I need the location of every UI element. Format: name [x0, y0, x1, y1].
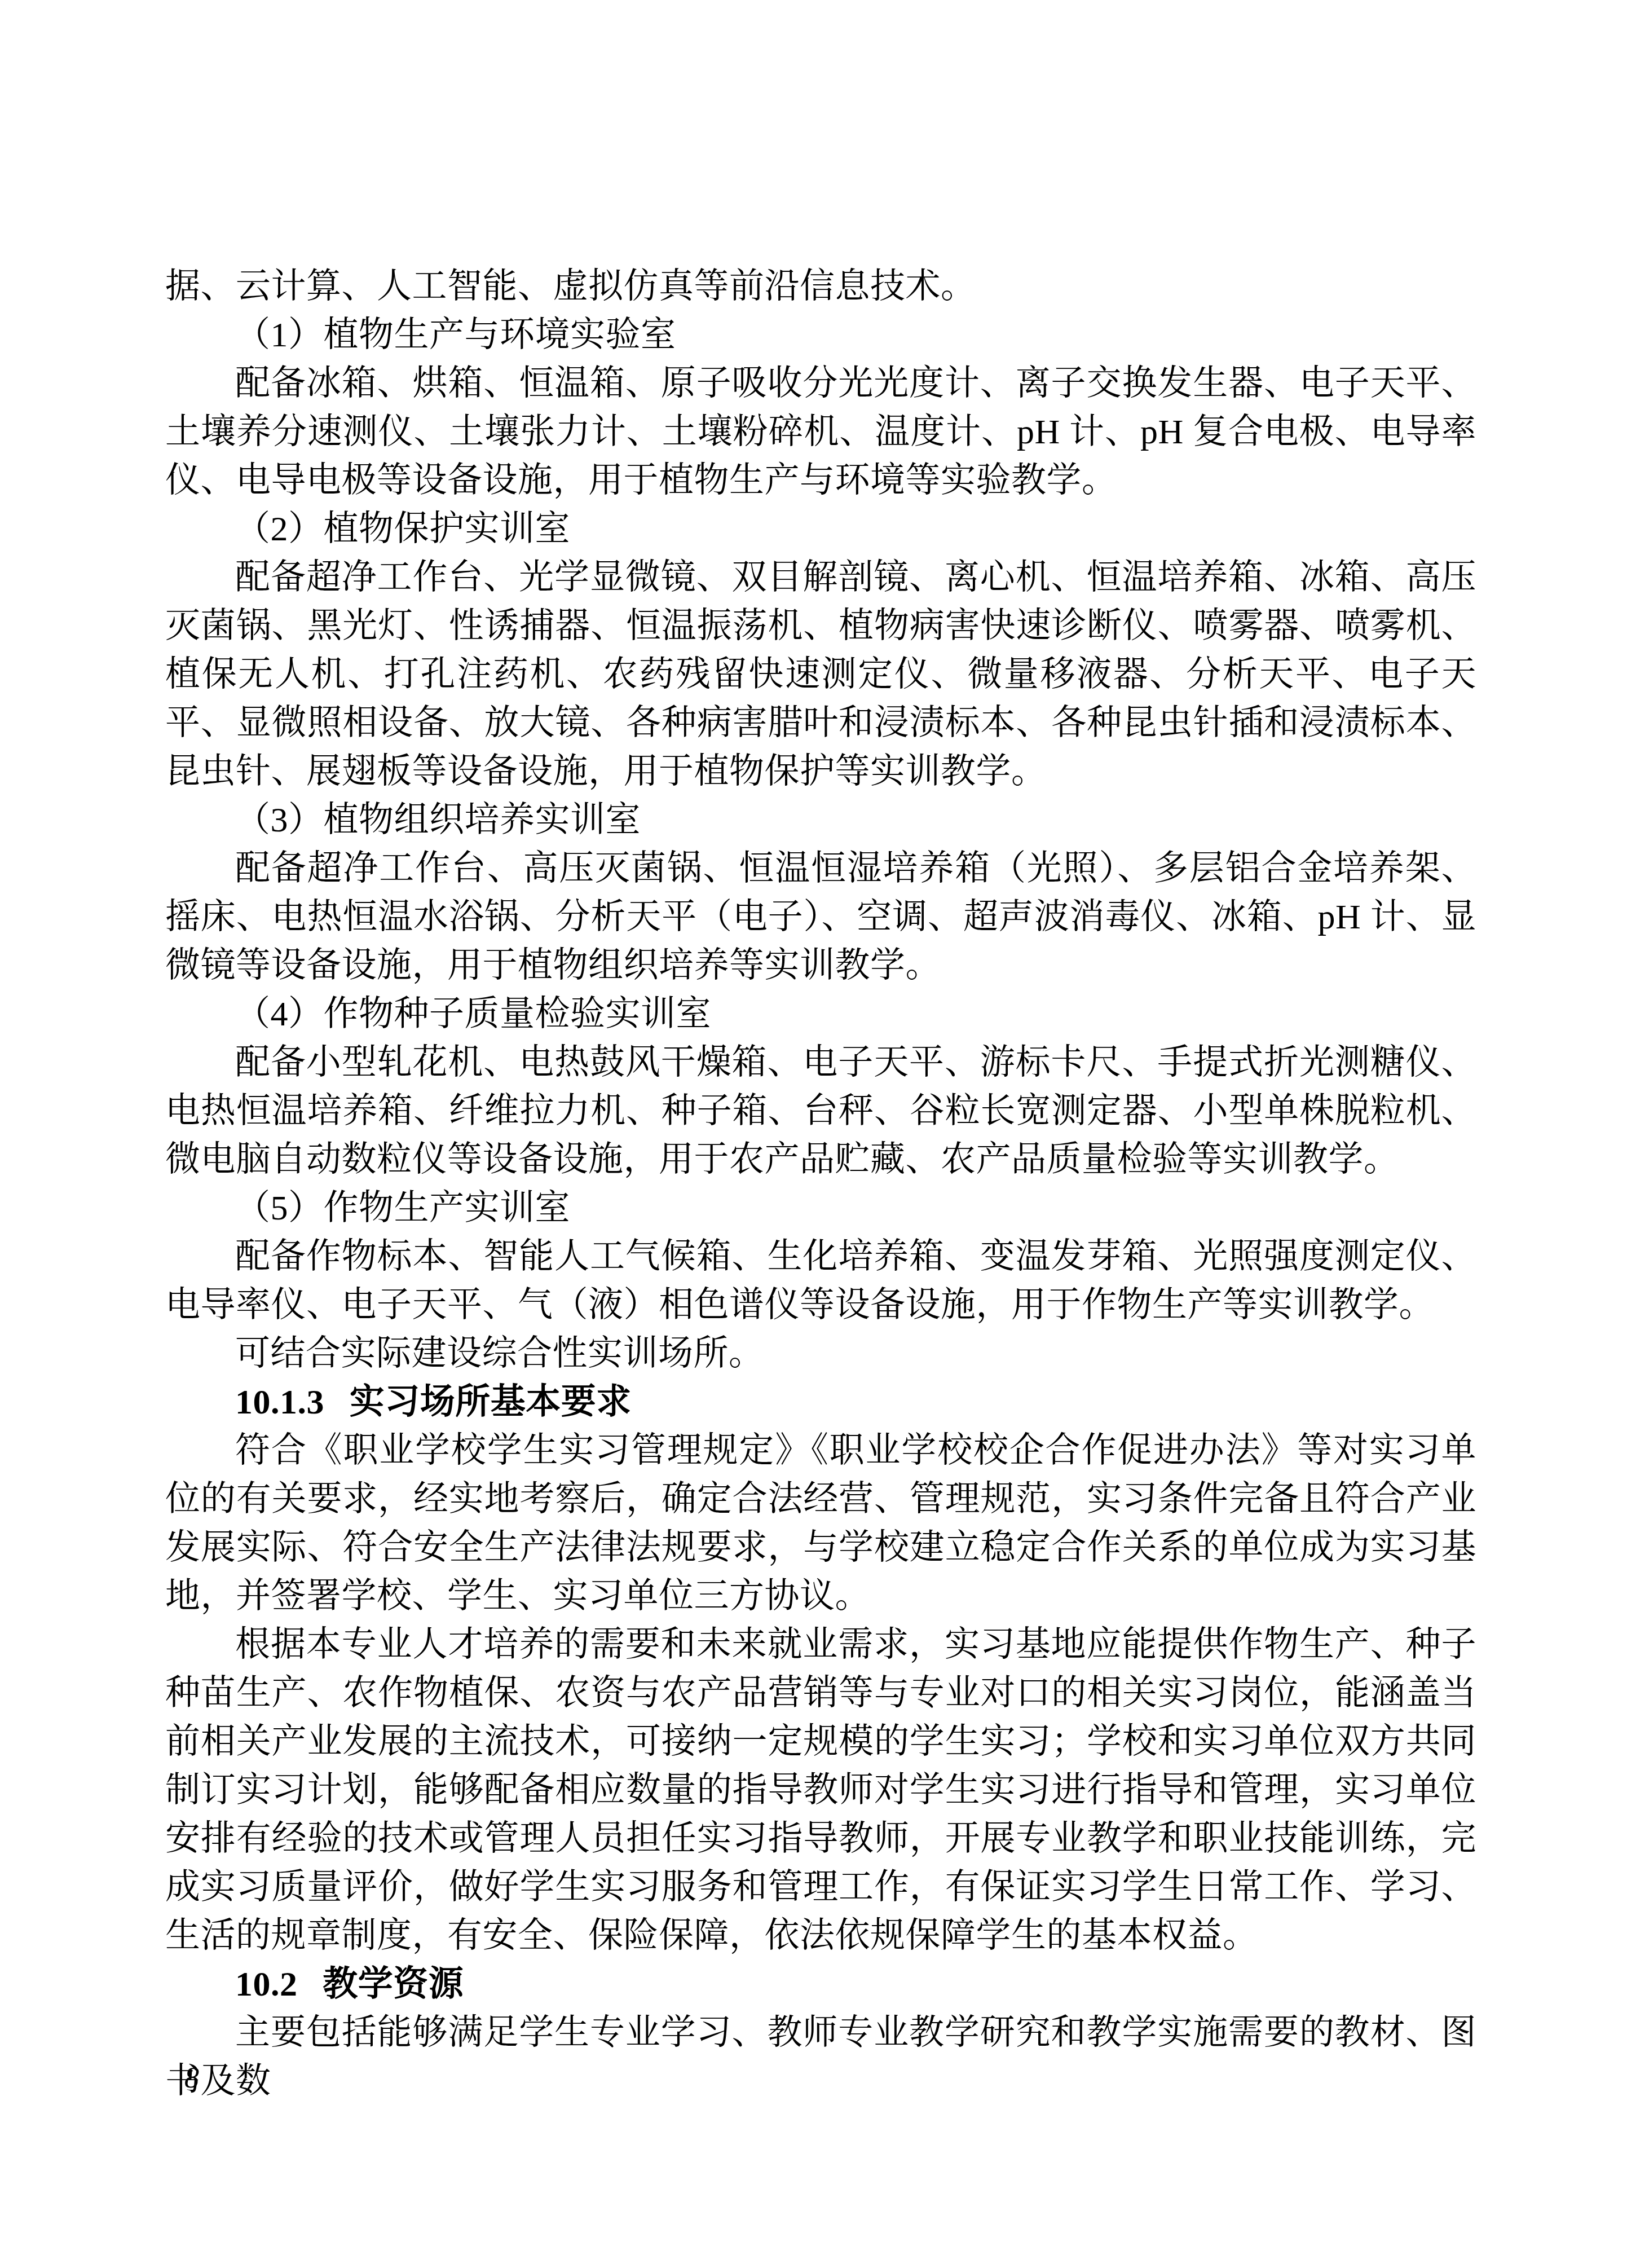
paragraph: （5）作物生产实训室	[165, 1184, 1476, 1232]
document-page: 据、云计算、人工智能、虚拟仿真等前沿信息技术。（1）植物生产与环境实验室配备冰箱…	[0, 0, 1627, 2268]
paragraph: （1）植物生产与环境实验室	[165, 311, 1476, 359]
paragraph: 主要包括能够满足学生专业学习、教师专业教学研究和教学实施需要的教材、图书及数	[165, 2009, 1476, 2106]
section-title: 教学资源	[323, 1965, 464, 2003]
section-number: 10.1.3	[235, 1383, 324, 1421]
page-number: 8	[184, 2062, 199, 2095]
paragraph: 据、云计算、人工智能、虚拟仿真等前沿信息技术。	[165, 262, 1476, 311]
paragraph: 根据本专业人才培养的需要和未来就业需求，实习基地应能提供作物生产、种子种苗生产、…	[165, 1620, 1476, 1960]
paragraph: 配备冰箱、烘箱、恒温箱、原子吸收分光光度计、离子交换发生器、电子天平、土壤养分速…	[165, 359, 1476, 505]
paragraph: （4）作物种子质量检验实训室	[165, 990, 1476, 1038]
paragraph: （2）植物保护实训室	[165, 505, 1476, 553]
section-heading-10-1-3: 10.1.3实习场所基本要求	[165, 1378, 1476, 1426]
paragraph: 可结合实际建设综合性实训场所。	[165, 1329, 1476, 1378]
paragraph: 配备超净工作台、光学显微镜、双目解剖镜、离心机、恒温培养箱、冰箱、高压灭菌锅、黑…	[165, 553, 1476, 796]
section-number: 10.2	[235, 1965, 298, 2003]
paragraph: 配备小型轧花机、电热鼓风干燥箱、电子天平、游标卡尺、手提式折光测糖仪、电热恒温培…	[165, 1038, 1476, 1184]
section-title: 实习场所基本要求	[350, 1383, 632, 1421]
page-body-text: 据、云计算、人工智能、虚拟仿真等前沿信息技术。（1）植物生产与环境实验室配备冰箱…	[165, 262, 1476, 2106]
section-heading-10-2: 10.2教学资源	[165, 1960, 1476, 2009]
paragraph: （3）植物组织培养实训室	[165, 796, 1476, 844]
paragraph: 符合《职业学校学生实习管理规定》《职业学校校企合作促进办法》等对实习单位的有关要…	[165, 1426, 1476, 1620]
paragraph: 配备作物标本、智能人工气候箱、生化培养箱、变温发芽箱、光照强度测定仪、电导率仪、…	[165, 1232, 1476, 1329]
paragraph: 配备超净工作台、高压灭菌锅、恒温恒湿培养箱（光照）、多层铝合金培养架、摇床、电热…	[165, 844, 1476, 990]
